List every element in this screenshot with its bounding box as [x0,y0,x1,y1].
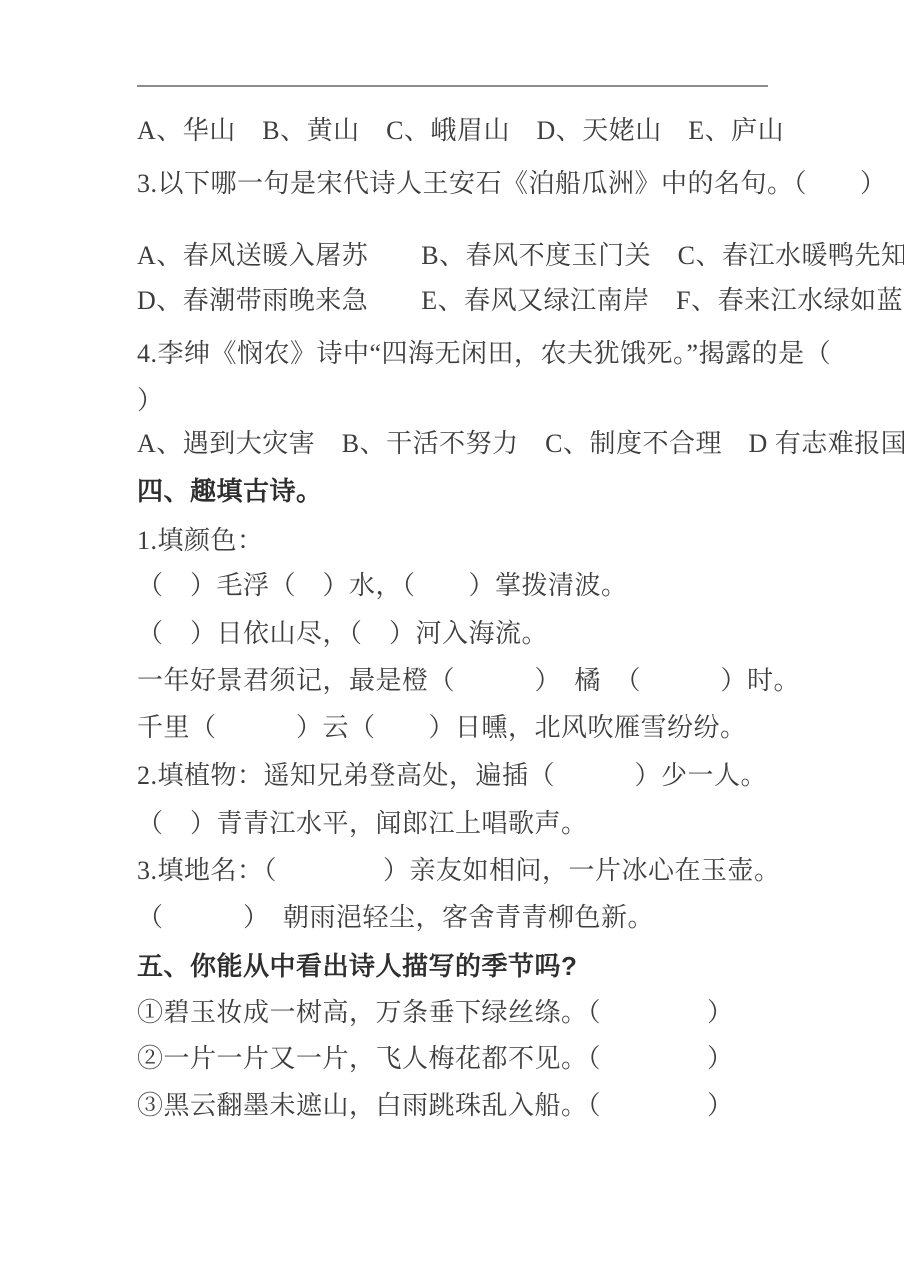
section-4-item-1-label: 1.填颜色： [137,525,777,557]
fill-color-line-2: （ ）日依山尽，（ ）河入海流。 [137,618,777,650]
worksheet-content: A、华山 B、黄山 C、峨眉山 D、天姥山 E、庐山 3.以下哪一句是宋代诗人王… [137,0,777,1137]
question-3-text: 3.以下哪一句是宋代诗人王安石《泊船瓜洲》中的名句。（ ） [137,168,777,200]
question-2-options-row: A、华山 B、黄山 C、峨眉山 D、天姥山 E、庐山 [137,115,777,147]
worksheet-page: A、华山 B、黄山 C、峨眉山 D、天姥山 E、庐山 3.以下哪一句是宋代诗人王… [0,0,904,1280]
season-item-1: ①碧玉妆成一树高，万条垂下绿丝绦。（ ） [137,997,777,1029]
season-item-2: ②一片一片又一片，飞人梅花都不见。（ ） [137,1043,777,1075]
question-3-options-row-2: D、春潮带雨晚来急 E、春风又绿江南岸 F、春来江水绿如蓝 [137,285,777,317]
fill-plant-line-2: （ ）青青江水平，闻郎江上唱歌声。 [137,808,777,840]
fill-plant-line-1: 2.填植物：遥知兄弟登高处，遍插（ ）少一人。 [137,760,777,792]
fill-place-line-1: 3.填地名：（ ）亲友如相问，一片冰心在玉壶。 [137,855,777,887]
top-divider [137,85,768,87]
fill-place-line-2: （ ） 朝雨浥轻尘，客舍青青柳色新。 [137,902,777,934]
section-4-heading: 四、趣填古诗。 [137,475,777,507]
question-4-text-line-2: ） [137,385,777,417]
fill-color-line-1: （ ）毛浮（ ）水，（ ）掌拨清波。 [137,570,777,602]
fill-color-line-3: 一年好景君须记，最是橙（ ） 橘 （ ）时。 [137,665,777,697]
question-4-text-line-1: 4.李绅《悯农》诗中“四海无闲田，农夫犹饿死。”揭露的是（ [137,338,777,370]
question-4-options-row: A、遇到大灾害 B、干活不努力 C、制度不合理 D 有志难报国 [137,428,777,460]
season-item-3: ③黑云翻墨未遮山，白雨跳珠乱入船。（ ） [137,1090,777,1122]
fill-color-line-4: 千里（ ）云（ ）日曛，北风吹雁雪纷纷。 [137,712,777,744]
section-5-heading: 五、你能从中看出诗人描写的季节吗? [137,950,777,982]
question-3-options-row-1: A、春风送暖入屠苏 B、春风不度玉门关 C、春江水暖鸭先知 [137,240,777,272]
